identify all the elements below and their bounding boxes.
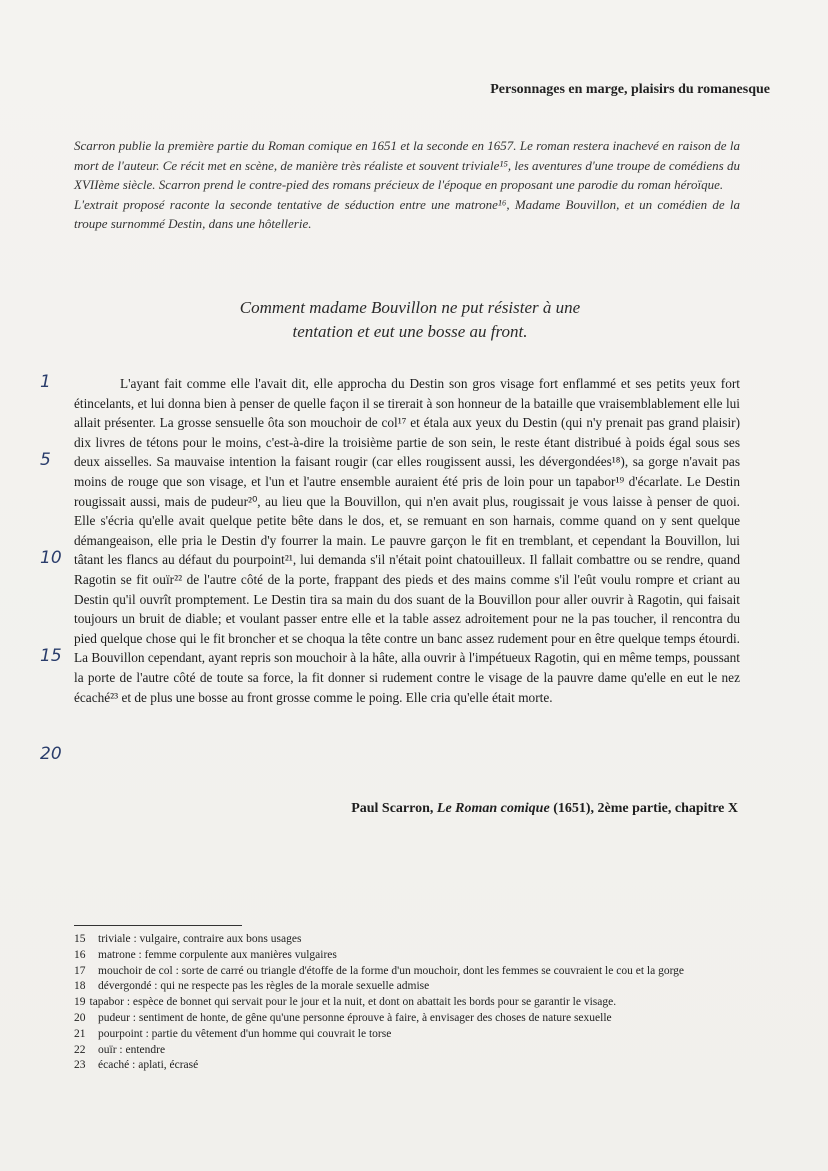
footnote-number: 22	[74, 1043, 98, 1059]
footnote-number: 16	[74, 948, 98, 964]
footnote-text: pudeur : sentiment de honte, de gêne qu'…	[98, 1011, 612, 1027]
footnote: 23écaché : aplati, écrasé	[74, 1058, 754, 1074]
footnote-divider	[74, 925, 242, 926]
line-number-marker: 5	[40, 450, 51, 470]
footnote: 20pudeur : sentiment de honte, de gêne q…	[74, 1011, 754, 1027]
footnote: 16matrone : femme corpulente aux manière…	[74, 948, 754, 964]
intro-paragraph: L'extrait proposé raconte la seconde ten…	[74, 195, 740, 234]
footnote: 21pourpoint : partie du vêtement d'un ho…	[74, 1027, 754, 1043]
footnote-number: 21	[74, 1027, 98, 1043]
footnote-text: tapabor : espèce de bonnet qui servait p…	[90, 995, 617, 1011]
line-number-marker: 15	[40, 646, 62, 666]
document-page: Personnages en marge, plaisirs du romane…	[0, 0, 828, 1171]
chapter-title: Comment madame Bouvillon ne put résister…	[150, 296, 670, 344]
footnote: 19tapabor : espèce de bonnet qui servait…	[74, 995, 754, 1011]
excerpt-paragraph: L'ayant fait comme elle l'avait dit, ell…	[74, 374, 740, 707]
footnote-text: ouïr : entendre	[98, 1043, 165, 1059]
intro-paragraph: Scarron publie la première partie du Rom…	[74, 136, 740, 195]
footnote: 15triviale : vulgaire, contraire aux bon…	[74, 932, 754, 948]
line-number-marker: 10	[40, 548, 62, 568]
intro-block: Scarron publie la première partie du Rom…	[74, 136, 740, 234]
footnote-text: triviale : vulgaire, contraire aux bons …	[98, 932, 301, 948]
footnote-text: pourpoint : partie du vêtement d'un homm…	[98, 1027, 391, 1043]
footnote: 22ouïr : entendre	[74, 1043, 754, 1059]
footnote-number: 18	[74, 979, 98, 995]
line-number-marker: 20	[40, 744, 62, 764]
footnote-text: écaché : aplati, écrasé	[98, 1058, 198, 1074]
excerpt-text: L'ayant fait comme elle l'avait dit, ell…	[74, 374, 740, 707]
source-details: (1651), 2ème partie, chapitre X	[553, 801, 738, 816]
footnote-text: mouchoir de col : sorte de carré ou tria…	[98, 964, 684, 980]
footnote: 17mouchoir de col : sorte de carré ou tr…	[74, 964, 754, 980]
author-name: Paul Scarron,	[351, 801, 433, 816]
work-title: Le Roman comique	[437, 801, 550, 816]
chapter-title-line: tentation et eut une bosse au front.	[150, 320, 670, 344]
line-number-marker: 1	[40, 372, 51, 392]
footnote-text: matrone : femme corpulente aux manières …	[98, 948, 337, 964]
footnote-number: 23	[74, 1058, 98, 1074]
running-header: Personnages en marge, plaisirs du romane…	[490, 82, 770, 98]
footnote-number: 19	[74, 995, 86, 1011]
footnote-number: 15	[74, 932, 98, 948]
footnote-number: 17	[74, 964, 98, 980]
footnote: 18dévergondé : qui ne respecte pas les r…	[74, 979, 754, 995]
footnotes: 15triviale : vulgaire, contraire aux bon…	[74, 932, 754, 1074]
chapter-title-line: Comment madame Bouvillon ne put résister…	[150, 296, 670, 320]
footnote-number: 20	[74, 1011, 98, 1027]
source-attribution: Paul Scarron, Le Roman comique (1651), 2…	[351, 801, 738, 817]
footnote-text: dévergondé : qui ne respecte pas les règ…	[98, 979, 429, 995]
